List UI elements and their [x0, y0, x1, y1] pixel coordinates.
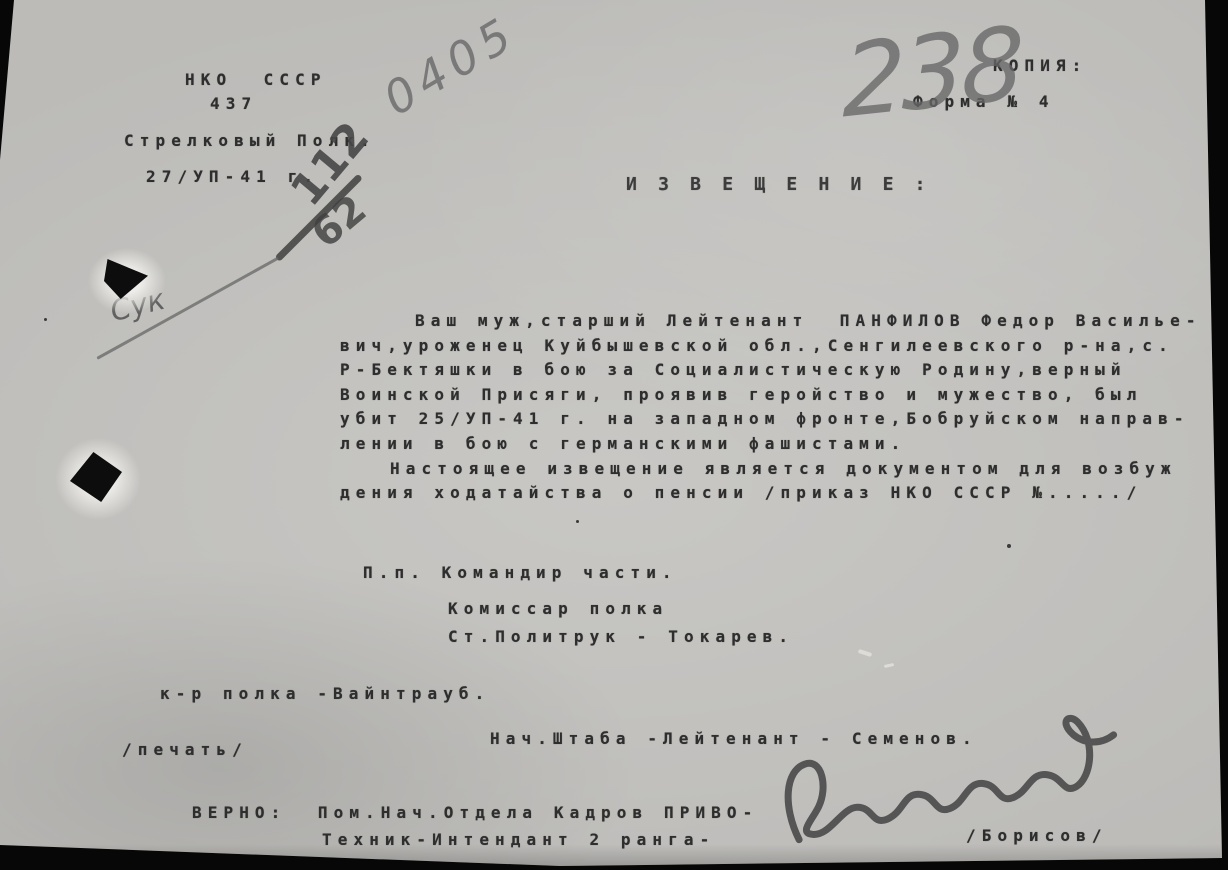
- body-line: дения ходатайства о пенсии /приказ НКО С…: [340, 481, 1202, 506]
- body-line: вич,уроженец Куйбышевской обл.,Сенгилеев…: [340, 334, 1202, 359]
- body-line: Воинской Присяги, проявив геройство и му…: [340, 383, 1202, 408]
- paper-speck: [44, 318, 47, 321]
- body-line: убит 25/УП-41 г. на западном фронте,Бобр…: [340, 407, 1202, 432]
- handwritten-top-number: 0405: [374, 5, 526, 126]
- bottom-edge-shadow: [0, 844, 1228, 870]
- body-line: Ваш муж,старший Лейтенант ПАНФИЛОВ Федор…: [340, 309, 1202, 334]
- pp-commander-line: П.п. Командир части.: [363, 563, 678, 582]
- paper-crease: [884, 663, 894, 668]
- letterhead-org: НКО СССР: [185, 70, 327, 89]
- handwritten-big-number: 238: [842, 4, 1020, 140]
- body-line: Настоящее извещение является документом …: [340, 457, 1202, 482]
- paper: НКО СССР 437 Стрелковый Полк. 27/УП-41 г…: [0, 0, 1228, 870]
- body-text: Ваш муж,старший Лейтенант ПАНФИЛОВ Федор…: [340, 309, 1202, 506]
- politruk-line: Ст.Политрук - Токарев.: [448, 627, 794, 646]
- paper-speck: [1007, 544, 1011, 548]
- commissar-line: Комиссар полка: [448, 599, 668, 618]
- certified-line-1: ВЕРНО: Пом.Нач.Отдела Кадров ПРИВО-: [192, 803, 758, 822]
- regiment-commander-line: к-р полка -Вайнтрауб.: [160, 684, 490, 703]
- body-line: лении в бою с германскими фашистами.: [340, 432, 1202, 457]
- paper-speck: [576, 520, 579, 523]
- document-scan: НКО СССР 437 Стрелковый Полк. 27/УП-41 г…: [0, 0, 1228, 870]
- body-line: Р-Бектяшки в бою за Социалистическую Род…: [340, 358, 1202, 383]
- seal-note: /печать/: [122, 740, 248, 759]
- letterhead-unit-number: 437: [210, 94, 257, 113]
- paper-crease: [858, 649, 873, 657]
- document-title: И З В Е Щ Е Н И Е :: [626, 174, 931, 195]
